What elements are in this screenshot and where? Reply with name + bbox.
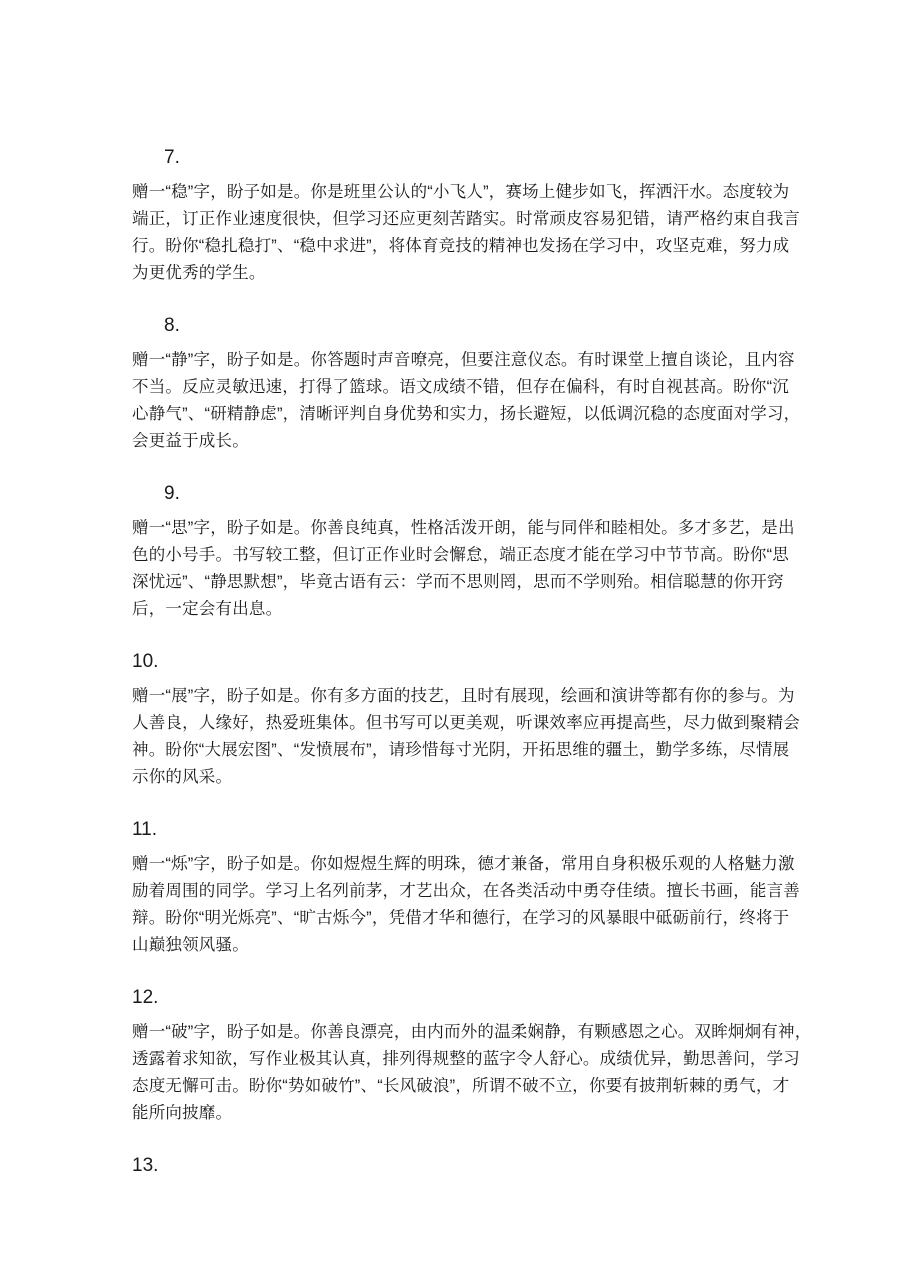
text-line: 赠一“稳”字，盼子如是。你是班里公认的“小飞人”，赛场上健步如飞，挥洒汗水。态度… xyxy=(132,179,770,206)
text-line: 色的小号手。书写较工整，但订正作业时会懈怠，端正态度才能在学习中节节高。盼你“思 xyxy=(132,542,770,569)
section-paragraph: 赠一“稳”字，盼子如是。你是班里公认的“小飞人”，赛场上健步如飞，挥洒汗水。态度… xyxy=(132,179,770,287)
text-line: 赠一“静”字，盼子如是。你答题时声音嘹亮，但要注意仪态。有时课堂上擅自谈论，且内… xyxy=(132,347,770,374)
comment-section: 12. 赠一“破”字，盼子如是。你善良漂亮，由内而外的温柔娴静，有颗感恩之心。双… xyxy=(132,987,770,1127)
comment-list: 7. 赠一“稳”字，盼子如是。你是班里公认的“小飞人”，赛场上健步如飞，挥洒汗水… xyxy=(132,147,770,1177)
text-line: 神。盼你“大展宏图”、“发愤展布”，请珍惜每寸光阴，开拓思维的疆土，勤学多练，尽… xyxy=(132,737,770,764)
section-paragraph: 赠一“展”字，盼子如是。你有多方面的技艺，且时有展现，绘画和演讲等都有你的参与。… xyxy=(132,683,770,791)
text-line: 透露着求知欲，写作业极其认真，排列得规整的蓝字令人舒心。成绩优异，勤思善问，学习 xyxy=(132,1046,770,1073)
text-line: 人善良，人缘好，热爱班集体。但书写可以更美观，听课效率应再提高些，尽力做到聚精会 xyxy=(132,710,770,737)
text-line: 行。盼你“稳扎稳打”、“稳中求进”，将体育竞技的精神也发扬在学习中，攻坚克难，努… xyxy=(132,233,770,260)
section-number: 12. xyxy=(132,987,770,1009)
section-paragraph: 赠一“静”字，盼子如是。你答题时声音嘹亮，但要注意仪态。有时课堂上擅自谈论，且内… xyxy=(132,347,770,455)
text-line: 辩。盼你“明光烁亮”、“旷古烁今”，凭借才华和德行，在学习的风暴眼中砥砺前行，终… xyxy=(132,905,770,932)
comment-section: 9. 赠一“思”字，盼子如是。你善良纯真，性格活泼开朗，能与同伴和睦相处。多才多… xyxy=(132,483,770,623)
text-line: 态度无懈可击。盼你“势如破竹”、“长风破浪”，所谓不破不立，你要有披荆斩棘的勇气… xyxy=(132,1073,770,1100)
text-line: 励着周围的同学。学习上名列前茅，才艺出众，在各类活动中勇夺佳绩。擅长书画，能言善 xyxy=(132,878,770,905)
document-page: 7. 赠一“稳”字，盼子如是。你是班里公认的“小飞人”，赛场上健步如飞，挥洒汗水… xyxy=(0,0,900,1286)
text-line: 不当。反应灵敏迅速，打得了篮球。语文成绩不错，但存在偏科，有时自视甚高。盼你“沉 xyxy=(132,374,770,401)
text-line: 赠一“思”字，盼子如是。你善良纯真，性格活泼开朗，能与同伴和睦相处。多才多艺，是… xyxy=(132,515,770,542)
text-line: 赠一“展”字，盼子如是。你有多方面的技艺，且时有展现，绘画和演讲等都有你的参与。… xyxy=(132,683,770,710)
text-line: 能所向披靡。 xyxy=(132,1100,770,1127)
text-line: 端正，订正作业速度很快，但学习还应更刻苦踏实。时常顽皮容易犯错，请严格约束自我言 xyxy=(132,206,770,233)
section-paragraph: 赠一“思”字，盼子如是。你善良纯真，性格活泼开朗，能与同伴和睦相处。多才多艺，是… xyxy=(132,515,770,623)
text-line: 山巅独领风骚。 xyxy=(132,932,770,959)
section-number: 11. xyxy=(132,819,770,841)
section-number: 13. xyxy=(132,1155,770,1177)
section-paragraph: 赠一“破”字，盼子如是。你善良漂亮，由内而外的温柔娴静，有颗感恩之心。双眸炯炯有… xyxy=(132,1019,770,1127)
text-line: 赠一“破”字，盼子如是。你善良漂亮，由内而外的温柔娴静，有颗感恩之心。双眸炯炯有… xyxy=(132,1019,770,1046)
section-paragraph: 赠一“烁”字，盼子如是。你如煜煜生辉的明珠，德才兼备，常用自身积极乐观的人格魅力… xyxy=(132,851,770,959)
text-line: 赠一“烁”字，盼子如是。你如煜煜生辉的明珠，德才兼备，常用自身积极乐观的人格魅力… xyxy=(132,851,770,878)
section-number: 8. xyxy=(132,315,770,337)
comment-section: 13. xyxy=(132,1155,770,1177)
text-line: 后，一定会有出息。 xyxy=(132,596,770,623)
text-line: 心静气”、“研精静虑”，清晰评判自身优势和实力，扬长避短，以低调沉稳的态度面对学… xyxy=(132,401,770,428)
section-number: 9. xyxy=(132,483,770,505)
section-number: 10. xyxy=(132,651,770,673)
comment-section: 8. 赠一“静”字，盼子如是。你答题时声音嘹亮，但要注意仪态。有时课堂上擅自谈论… xyxy=(132,315,770,455)
text-line: 会更益于成长。 xyxy=(132,428,770,455)
comment-section: 10. 赠一“展”字，盼子如是。你有多方面的技艺，且时有展现，绘画和演讲等都有你… xyxy=(132,651,770,791)
comment-section: 7. 赠一“稳”字，盼子如是。你是班里公认的“小飞人”，赛场上健步如飞，挥洒汗水… xyxy=(132,147,770,287)
comment-section: 11. 赠一“烁”字，盼子如是。你如煜煜生辉的明珠，德才兼备，常用自身积极乐观的… xyxy=(132,819,770,959)
text-line: 示你的风采。 xyxy=(132,764,770,791)
text-line: 深忧远”、“静思默想”，毕竟古语有云：学而不思则罔，思而不学则殆。相信聪慧的你开… xyxy=(132,569,770,596)
text-line: 为更优秀的学生。 xyxy=(132,260,770,287)
section-number: 7. xyxy=(132,147,770,169)
